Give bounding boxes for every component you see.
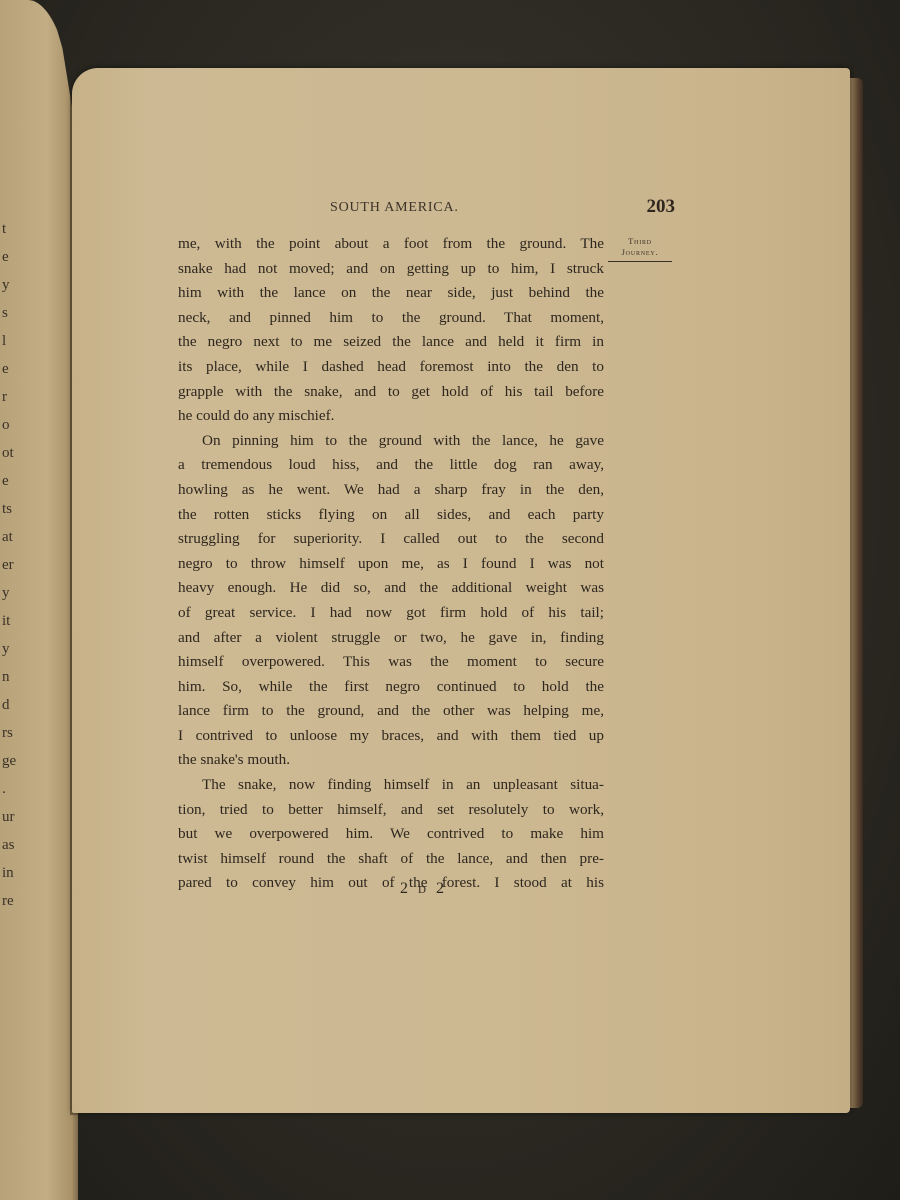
left-page-text-fragment: o (2, 418, 26, 433)
margin-sidenote: Third Journey. (608, 236, 672, 262)
left-page-text-fragment: ot (2, 446, 26, 461)
text-line: the snake's mouth. (178, 748, 604, 773)
left-page-text-fragment: in (2, 866, 26, 881)
sidenote-line-2: Journey. (622, 247, 659, 257)
left-page-text-fragment: er (2, 558, 26, 573)
text-line: him with the lance on the near side, jus… (178, 281, 604, 306)
text-line: him. So, while the first negro continued… (178, 675, 604, 700)
running-head: SOUTH AMERICA. (330, 200, 459, 216)
page-number: 203 (647, 196, 676, 218)
signature-left: 2 (400, 880, 411, 897)
text-line: howling as he went. We had a sharp fray … (178, 478, 604, 503)
text-line: pared to convey him out of the forest. I… (178, 871, 604, 896)
text-line: tion, tried to better himself, and set r… (178, 798, 604, 823)
left-page-text-fragment: ur (2, 810, 26, 825)
text-line: the negro next to me seized the lance an… (178, 330, 604, 355)
text-line: struggling for superiority. I called out… (178, 527, 604, 552)
text-line: of great service. I had now got firm hol… (178, 601, 604, 626)
left-page-text-fragment: r (2, 390, 26, 405)
left-page-text-fragment: rs (2, 726, 26, 741)
left-page-text-fragment: s (2, 306, 26, 321)
text-line: the rotten sticks flying on all sides, a… (178, 503, 604, 528)
left-page-text-fragment: re (2, 894, 26, 909)
text-line: and after a violent struggle or two, he … (178, 626, 604, 651)
text-line: grapple with the snake, and to get hold … (178, 380, 604, 405)
paragraph: On pinning him to the ground with the la… (178, 429, 604, 773)
page-header: SOUTH AMERICA. 203 (330, 198, 675, 218)
text-line: On pinning him to the ground with the la… (178, 429, 604, 454)
text-line: he could do any mischief. (178, 404, 604, 429)
left-page-text-fragment: ts (2, 502, 26, 517)
sidenote-rule (608, 261, 672, 262)
printer-signature: 2 D 2 (400, 880, 447, 898)
text-line: The snake, now finding himself in an unp… (178, 773, 604, 798)
signature-right: 2 (436, 880, 447, 897)
text-line: I contrived to unloose my braces, and wi… (178, 724, 604, 749)
text-line: a tremendous loud hiss, and the little d… (178, 453, 604, 478)
left-page-text-fragment: y (2, 278, 26, 293)
text-line: neck, and pinned him to the ground. That… (178, 306, 604, 331)
left-page-text-fragment: t (2, 222, 26, 237)
body-text: me, with the point about a foot from the… (178, 232, 604, 896)
signature-middle: D (418, 884, 429, 896)
text-line: its place, while I dashed head foremost … (178, 355, 604, 380)
left-page-text-fragment: e (2, 362, 26, 377)
left-page-text-fragment: l (2, 334, 26, 349)
text-line: negro to throw himself upon me, as I fou… (178, 552, 604, 577)
paragraph: me, with the point about a foot from the… (178, 232, 604, 429)
paragraph: The snake, now finding himself in an unp… (178, 773, 604, 896)
sidenote-line-1: Third (628, 236, 652, 246)
text-line: but we overpowered him. We contrived to … (178, 822, 604, 847)
left-page-text-fragment: n (2, 670, 26, 685)
left-page-text-fragment: at (2, 530, 26, 545)
left-page-text-fragment: as (2, 838, 26, 853)
left-page-text-fragment: it (2, 614, 26, 629)
text-line: lance firm to the ground, and the other … (178, 699, 604, 724)
left-page-text-fragment: ge (2, 754, 26, 769)
text-line: twist himself round the shaft of the lan… (178, 847, 604, 872)
left-page: teyslerootetsateryityndrsge.urasinre (0, 0, 78, 1200)
text-line: snake had not moved; and on getting up t… (178, 257, 604, 282)
left-page-text-fragment: y (2, 586, 26, 601)
left-page-text-fragment: e (2, 250, 26, 265)
text-line: me, with the point about a foot from the… (178, 232, 604, 257)
left-page-text-fragment: e (2, 474, 26, 489)
text-line: heavy enough. He did so, and the additio… (178, 576, 604, 601)
text-line: himself overpowered. This was the moment… (178, 650, 604, 675)
left-page-text-fragment: d (2, 698, 26, 713)
left-page-text-fragment: y (2, 642, 26, 657)
left-page-text-fragment: . (2, 782, 26, 797)
